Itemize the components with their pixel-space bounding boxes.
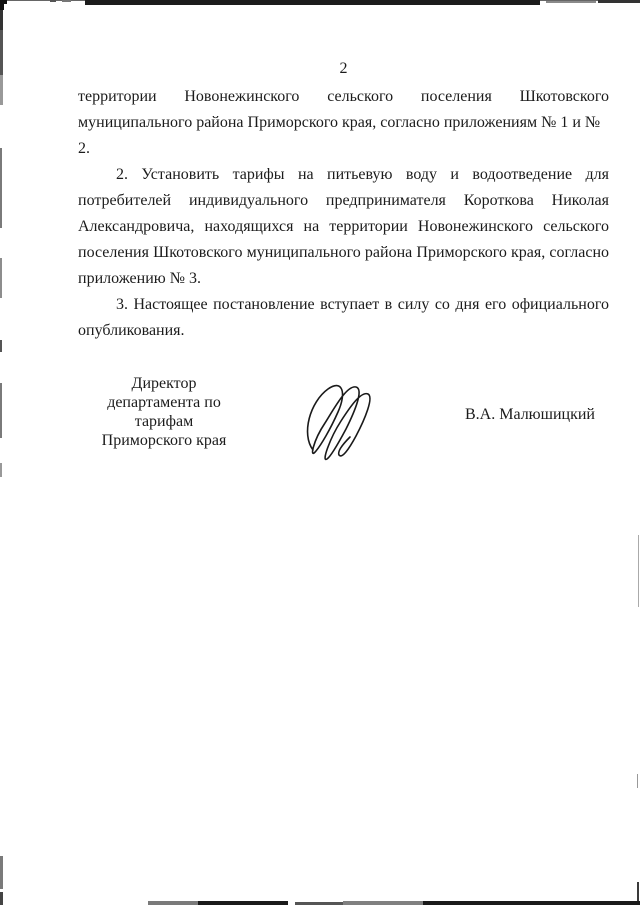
- scan-artifact-mark: [598, 0, 640, 3]
- signatory-title-line: департамента по тарифам: [78, 393, 250, 431]
- paragraph-1: территории Новонежинского сельского посе…: [78, 84, 609, 162]
- scan-artifact-mark: [0, 30, 3, 75]
- scan-artifact-mark: [637, 882, 639, 905]
- scan-artifact-mark: [0, 0, 7, 4]
- text-line: приложению № 3.: [78, 266, 609, 292]
- scan-artifact-mark: [343, 901, 423, 905]
- scan-artifact-mark: [638, 535, 639, 607]
- scan-artifact-mark: [637, 774, 638, 788]
- scan-artifact-mark: [0, 258, 2, 298]
- page-number: 2: [78, 59, 609, 79]
- text-line: опубликования.: [78, 318, 609, 344]
- scan-artifact-mark: [50, 0, 56, 2]
- text-line: территории Новонежинского сельского посе…: [78, 84, 609, 110]
- scan-artifact-mark: [0, 340, 2, 352]
- scan-artifact-mark: [85, 0, 540, 5]
- signatory-name: В.А. Малюшицкий: [465, 405, 595, 425]
- document-body: территории Новонежинского сельского посе…: [78, 84, 609, 344]
- text-line: муниципального района Приморского края, …: [78, 110, 609, 162]
- text-line: поселения Шкотовского муниципального рай…: [78, 240, 609, 266]
- scan-artifact-mark: [62, 0, 71, 2]
- text-line: Александровича, находящихся на территори…: [78, 214, 609, 240]
- scan-artifact-mark: [198, 901, 288, 905]
- scan-artifact-mark: [0, 148, 2, 228]
- signatory-title: Директор департамента по тарифам Приморс…: [78, 374, 250, 450]
- scan-artifact-mark: [0, 892, 3, 905]
- scan-artifact-mark: [0, 0, 640, 1]
- text-line: потребителей индивидуального предпринима…: [78, 188, 609, 214]
- scan-artifact-mark: [0, 856, 3, 889]
- scan-artifact-mark: [0, 383, 2, 438]
- scan-artifact-mark: [0, 75, 3, 105]
- text-line: 3. Настоящее постановление вступает в си…: [78, 292, 609, 318]
- signature-block: Директор департамента по тарифам Приморс…: [78, 372, 609, 487]
- handwritten-signature-icon: [299, 380, 381, 464]
- paragraph-3: 3. Настоящее постановление вступает в си…: [78, 292, 609, 344]
- scan-artifact-mark: [0, 10, 3, 30]
- signatory-title-line: Приморского края: [78, 431, 250, 450]
- text-line: 2. Установить тарифы на питьевую воду и …: [78, 162, 609, 188]
- scan-artifact-mark: [0, 463, 2, 477]
- signatory-title-line: Директор: [78, 374, 250, 393]
- scan-artifact-mark: [0, 0, 4, 10]
- paragraph-2: 2. Установить тарифы на питьевую воду и …: [78, 162, 609, 292]
- scan-artifact-mark: [546, 1, 596, 3]
- scan-artifact-mark: [423, 901, 640, 905]
- document-page: 2 территории Новонежинского сельского по…: [0, 0, 640, 905]
- scan-artifact-mark: [148, 901, 198, 905]
